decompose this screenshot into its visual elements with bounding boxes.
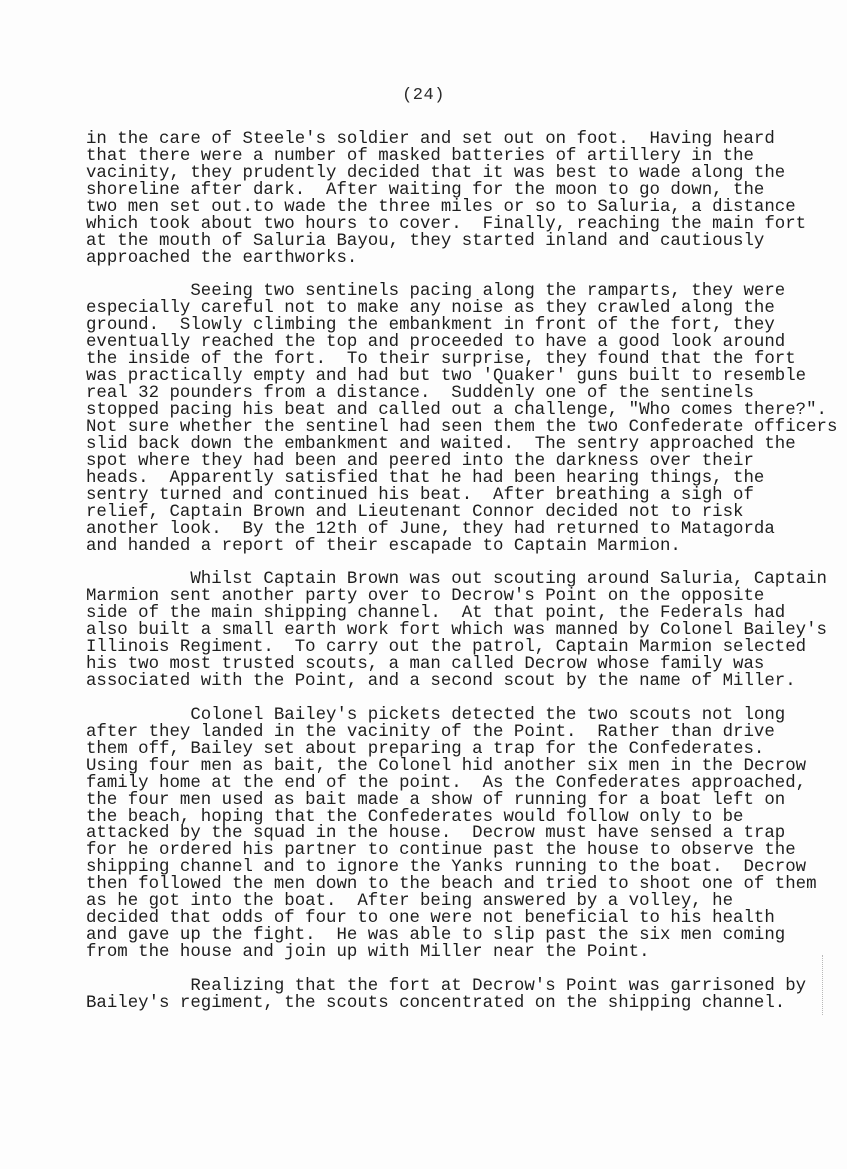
paragraph: Seeing two sentinels pacing along the ra… — [86, 284, 846, 555]
text-line: the four men used as bait made a show of… — [86, 793, 846, 810]
paragraph: Colonel Bailey's pickets detected the tw… — [86, 708, 846, 962]
document-page: (24) in the care of Steele's soldier and… — [0, 0, 847, 1169]
text-line: approached the earthworks. — [86, 251, 846, 268]
body-text: in the care of Steele's soldier and set … — [86, 132, 846, 1013]
page-number: (24) — [0, 86, 847, 105]
text-line: from the house and join up with Miller n… — [86, 945, 846, 962]
text-line: associated with the Point, and a second … — [86, 674, 846, 691]
paragraph: in the care of Steele's soldier and set … — [86, 132, 846, 268]
text-line: and handed a report of their escapade to… — [86, 539, 846, 556]
paragraph: Realizing that the fort at Decrow's Poin… — [86, 979, 846, 1013]
margin-scan-marks — [822, 955, 825, 1015]
text-line: another look. By the 12th of June, they … — [86, 522, 846, 539]
paragraph: Whilst Captain Brown was out scouting ar… — [86, 572, 846, 691]
text-line: Bailey's regiment, the scouts concentrat… — [86, 996, 846, 1013]
